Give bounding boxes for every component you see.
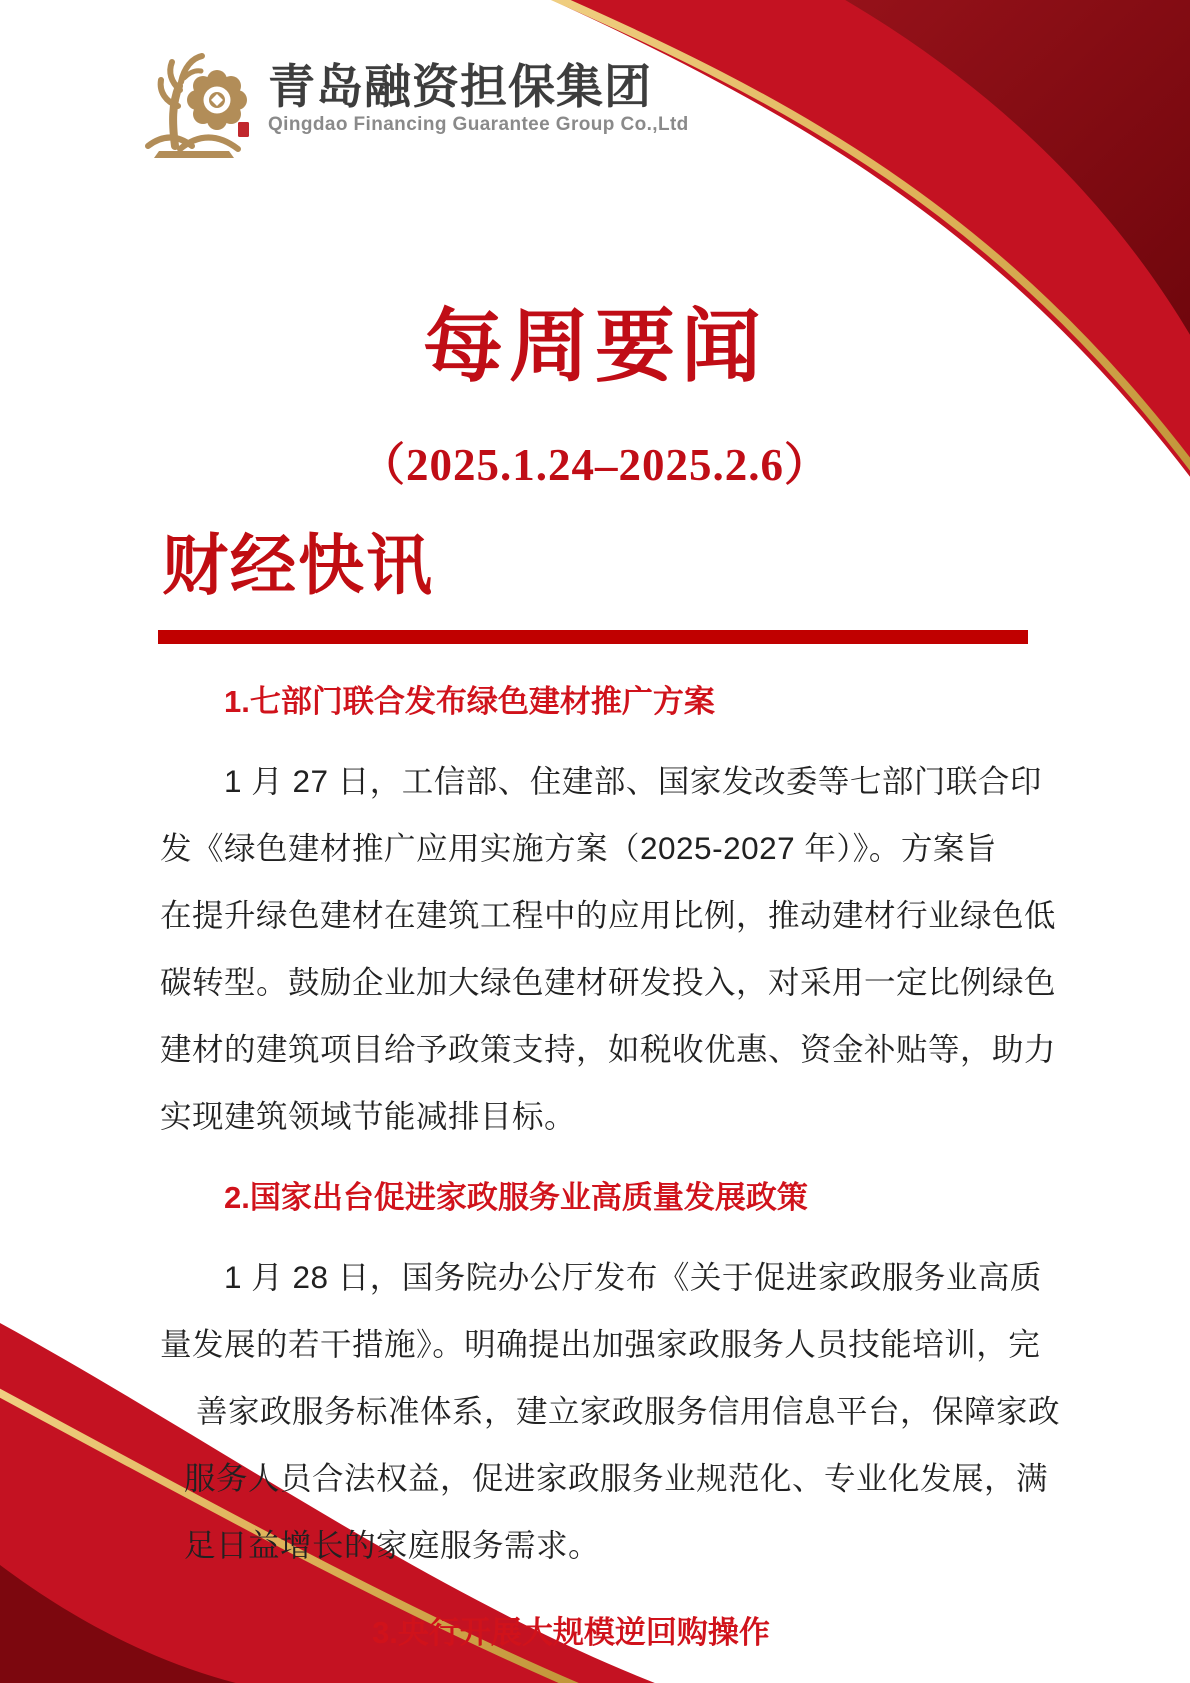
newsletter-title: 每周要闻 bbox=[0, 282, 1190, 397]
logo-text-block: 青岛融资担保集团 Qingdao Financing Guarantee Gro… bbox=[268, 44, 689, 136]
company-logo: 青岛融资担保集团 Qingdao Financing Guarantee Gro… bbox=[138, 44, 689, 162]
section-heading-finance-news: 财经快讯 bbox=[162, 512, 434, 607]
article-2-line: 服务人员合法权益，促进家政服务业规范化、专业化发展，满 bbox=[160, 1445, 1032, 1512]
article-1-body: 1 月 27 日，工信部、住建部、国家发改委等七部门联合印 发《绿色建材推广应用… bbox=[160, 748, 1032, 1150]
article-3-heading: 3.央行开展大规模逆回购操作 bbox=[160, 1615, 1032, 1651]
article-2-body: 1 月 28 日，国务院办公厅发布《关于促进家政服务业高质 量发展的若干措施》。… bbox=[160, 1244, 1032, 1579]
article-2-heading: 2.国家出台促进家政服务业高质量发展政策 bbox=[160, 1180, 1032, 1216]
red-seal-stamp-icon bbox=[238, 122, 249, 137]
article-1-line: 在提升绿色建材在建筑工程中的应用比例，推动建材行业绿色低 bbox=[160, 882, 1032, 949]
article-2-line: 量发展的若干措施》。明确提出加强家政服务人员技能培训，完 bbox=[160, 1311, 1032, 1378]
article-1-line: 碳转型。鼓励企业加大绿色建材研发投入，对采用一定比例绿色 bbox=[160, 949, 1032, 1016]
tree-and-coin-emblem-icon bbox=[138, 44, 258, 162]
company-name-en: Qingdao Financing Guarantee Group Co.,Lt… bbox=[268, 114, 689, 136]
article-1-line: 建材的建筑项目给予政策支持，如税收优惠、资金补贴等，助力 bbox=[160, 1016, 1032, 1083]
article-2-line: 1 月 28 日，国务院办公厅发布《关于促进家政服务业高质 bbox=[160, 1244, 1032, 1311]
company-name-zh: 青岛融资担保集团 bbox=[268, 62, 689, 111]
article-1-line: 1 月 27 日，工信部、住建部、国家发改委等七部门联合印 bbox=[160, 748, 1032, 815]
article-1-line: 发《绿色建材推广应用实施方案（2025-2027 年）》。方案旨 bbox=[160, 815, 1032, 882]
article-1-line: 实现建筑领域节能减排目标。 bbox=[160, 1083, 1032, 1150]
newsletter-page: 青岛融资担保集团 Qingdao Financing Guarantee Gro… bbox=[0, 0, 1190, 1683]
article-2-line: 足日益增长的家庭服务需求。 bbox=[160, 1512, 1032, 1579]
article-1-heading: 1.七部门联合发布绿色建材推广方案 bbox=[160, 684, 1032, 720]
newsletter-date-range: （2025.1.24–2025.2.6） bbox=[0, 428, 1190, 493]
articles-column: 1.七部门联合发布绿色建材推广方案 1 月 27 日，工信部、住建部、国家发改委… bbox=[160, 642, 1032, 1651]
article-2-line: 善家政服务标准体系，建立家政服务信用信息平台，保障家政 bbox=[160, 1378, 1032, 1445]
